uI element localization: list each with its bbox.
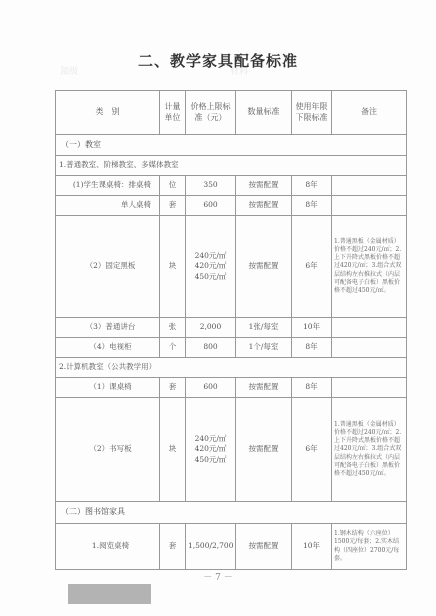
table-row: （1）课桌椅 套 600 按需配置 8年 [56, 378, 407, 398]
item-years: 6年 [292, 216, 332, 318]
furniture-standard-table: 类 别 计量单位 价格上限标准（元） 数量标准 使用年限下限标准 备注 （一）教… [55, 90, 407, 570]
item-unit: 张 [160, 318, 186, 338]
item-name: （2）固定黑板 [56, 216, 160, 318]
item-years: 10年 [292, 524, 332, 570]
item-unit: 个 [160, 338, 186, 358]
item-years: 8年 [292, 378, 332, 398]
table-row: （4）电视柜 个 800 1个/每室 8年 [56, 338, 407, 358]
table-row: （3）普通讲台 张 2,000 1张/每室 10年 [56, 318, 407, 338]
item-unit: 套 [160, 524, 186, 570]
section-row: （一）教室 [56, 135, 407, 156]
item-years: 8年 [292, 196, 332, 216]
item-name: （1）课桌椅 [56, 378, 160, 398]
table-row: （2）固定黑板 块 240元/㎡ 420元/㎡ 450元/㎡ 按需配置 6年 1… [56, 216, 407, 318]
subsection-row: 2.计算机教室（公共教学用） [56, 358, 407, 378]
section-library: （二）图书馆家具 [56, 502, 407, 524]
item-unit: 套 [160, 378, 186, 398]
item-price: 240元/㎡ 420元/㎡ 450元/㎡ [186, 398, 236, 502]
item-name: （3）普通讲台 [56, 318, 160, 338]
subsection-ordinary: 1.普通教室、阶梯教室、多媒体教室 [56, 156, 407, 176]
page-number: － 7 － [0, 570, 436, 583]
redaction-block [68, 584, 151, 604]
section-row: （二）图书馆家具 [56, 502, 407, 524]
item-unit: 套 [160, 196, 186, 216]
item-quantity: 按需配置 [236, 398, 292, 502]
item-remark: 1.普通黑板（金属材质）价格不超过240元/㎡；2.上下升降式黑板价格不超过42… [332, 216, 407, 318]
table-row: 单人桌椅 套 600 按需配置 8年 [56, 196, 407, 216]
item-years: 8年 [292, 338, 332, 358]
item-unit: 块 [160, 216, 186, 318]
item-quantity: 按需配置 [236, 216, 292, 318]
item-years: 6年 [292, 398, 332, 502]
item-name: （2）书写板 [56, 398, 160, 502]
header-remark: 备注 [332, 91, 407, 135]
item-price: 2,000 [186, 318, 236, 338]
item-quantity: 1个/每室 [236, 338, 292, 358]
item-remark: 1.钢木结构（六座位）1500元/每套；2.实木结构（四座位）2700元/每套。 [332, 524, 407, 570]
table-header-row: 类 别 计量单位 价格上限标准（元） 数量标准 使用年限下限标准 备注 [56, 91, 407, 135]
table-row: （2）书写板 块 240元/㎡ 420元/㎡ 450元/㎡ 按需配置 6年 1.… [56, 398, 407, 502]
item-remark: 1.普通黑板（金属材质）价格不超过240元/㎡；2.上下升降式黑板价格不超过42… [332, 398, 407, 502]
header-unit: 计量单位 [160, 91, 186, 135]
item-unit: 块 [160, 398, 186, 502]
item-price: 600 [186, 378, 236, 398]
item-remark [332, 318, 407, 338]
item-name: 1.阅览桌椅 [56, 524, 160, 570]
section-classroom: （一）教室 [56, 135, 407, 156]
item-name: （4）电视柜 [56, 338, 160, 358]
item-price: 1,500/2,700 [186, 524, 236, 570]
item-quantity: 按需配置 [236, 196, 292, 216]
item-price: 600 [186, 196, 236, 216]
item-remark [332, 338, 407, 358]
item-price: 240元/㎡ 420元/㎡ 450元/㎡ [186, 216, 236, 318]
item-years: 10年 [292, 318, 332, 338]
header-category: 类 别 [56, 91, 160, 135]
subsection-row: 1.普通教室、阶梯教室、多媒体教室 [56, 156, 407, 176]
page-title: 二、教学家具配备标准 [0, 50, 436, 71]
item-years: 8年 [292, 176, 332, 196]
header-years: 使用年限下限标准 [292, 91, 332, 135]
item-unit: 位 [160, 176, 186, 196]
item-quantity: 1张/每室 [236, 318, 292, 338]
item-price: 350 [186, 176, 236, 196]
subsection-computer: 2.计算机教室（公共教学用） [56, 358, 407, 378]
item-remark [332, 176, 407, 196]
table-row: 1.阅览桌椅 套 1,500/2,700 按需配置 10年 1.钢木结构（六座位… [56, 524, 407, 570]
item-quantity: 按需配置 [236, 176, 292, 196]
item-remark [332, 378, 407, 398]
header-quantity: 数量标准 [236, 91, 292, 135]
item-quantity: 按需配置 [236, 378, 292, 398]
header-price: 价格上限标准（元） [186, 91, 236, 135]
item-price: 800 [186, 338, 236, 358]
item-remark [332, 196, 407, 216]
item-name: 单人桌椅 [56, 196, 160, 216]
item-quantity: 按需配置 [236, 524, 292, 570]
table-row: (1)学生课桌椅：排桌椅 位 350 按需配置 8年 [56, 176, 407, 196]
item-name: (1)学生课桌椅：排桌椅 [56, 176, 160, 196]
